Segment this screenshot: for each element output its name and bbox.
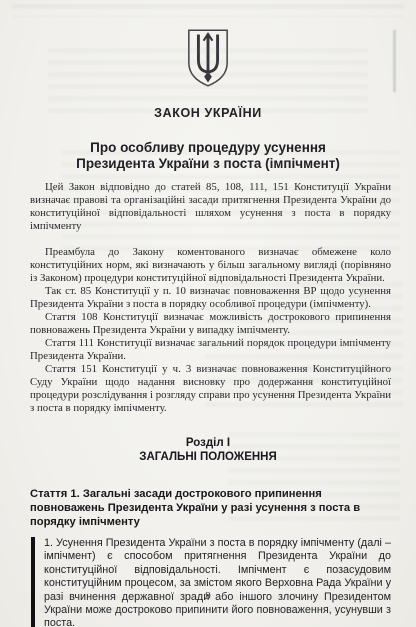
law-title: ЗАКОН УКРАЇНИ [0, 106, 416, 120]
commentary-paragraph: Стаття 111 Конституції визначає загальни… [30, 337, 391, 363]
law-subtitle-line-1: Про особливу процедуру усунення [30, 140, 386, 156]
law-quote-block: 1. Усунення Президента України з поста в… [31, 537, 391, 627]
law-subtitle-line-2: Президента України з поста (імпічмент) [30, 156, 386, 172]
bleed-through-texture [12, 4, 404, 17]
commentary-section: Цей Закон відповідно до статей 85, 108, … [30, 181, 391, 415]
ukraine-trident-emblem [185, 28, 231, 88]
article-1-heading: Стаття 1. Загальні засади дострокового п… [30, 487, 391, 529]
section-heading: Розділ I ЗАГАЛЬНІ ПОЛОЖЕННЯ [0, 436, 416, 464]
commentary-paragraph: Стаття 151 Конституції у ч. 3 визначає п… [30, 363, 391, 415]
bleed-through-rule [393, 30, 396, 92]
section-kicker: Розділ I [0, 436, 416, 450]
scanned-book-page: ЗАКОН УКРАЇНИ Про особливу процедуру усу… [0, 0, 416, 627]
law-subtitle: Про особливу процедуру усунення Президен… [30, 140, 386, 172]
commentary-paragraph: Стаття 108 Конституції визначає можливіс… [30, 311, 391, 337]
page-number: 9 [0, 590, 416, 602]
law-quote-text: 1. Усунення Президента України з поста в… [44, 537, 391, 627]
section-title: ЗАГАЛЬНІ ПОЛОЖЕННЯ [0, 450, 416, 464]
commentary-paragraph: Так ст. 85 Конституції у п. 10 визначає … [30, 285, 391, 311]
commentary-paragraph: Цей Закон відповідно до статей 85, 108, … [30, 181, 391, 233]
commentary-paragraph: Преамбула до Закону коментованого визнач… [30, 246, 391, 285]
